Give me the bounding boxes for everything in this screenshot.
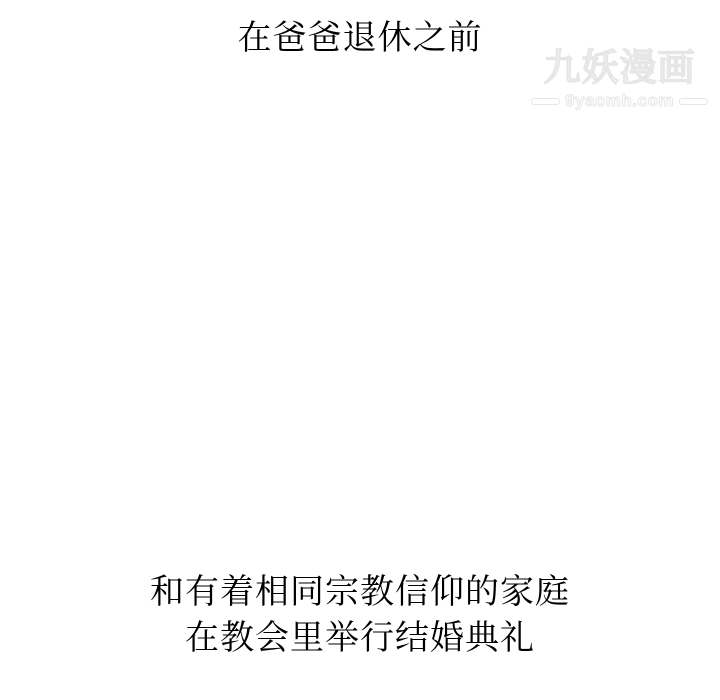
watermark-site-name: 九妖漫画 (544, 48, 696, 88)
watermark-left-dash-icon (531, 98, 560, 105)
bottom-caption-line1: 和有着相同宗教信仰的家庭 (0, 569, 720, 615)
watermark-url-row: 9yaomh.com (531, 92, 708, 110)
site-watermark: 九妖漫画 9yaomh.com (531, 48, 708, 110)
watermark-site-url: 9yaomh.com (565, 92, 674, 110)
watermark-right-dash-icon (679, 98, 708, 105)
bottom-caption: 和有着相同宗教信仰的家庭 在教会里举行结婚典礼 (0, 569, 720, 661)
bottom-caption-line2: 在教会里举行结婚典礼 (0, 615, 720, 661)
comic-page: 在爸爸退休之前 九妖漫画 9yaomh.com 和有着相同宗教信仰的家庭 在教会… (0, 0, 720, 700)
